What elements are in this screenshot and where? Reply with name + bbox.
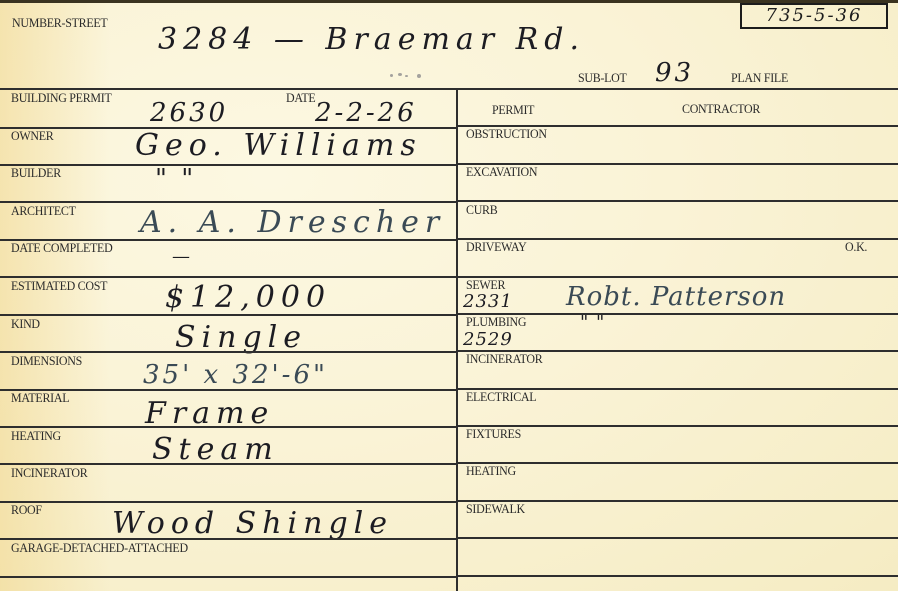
kind-label: KIND	[11, 316, 40, 332]
header-rule	[0, 88, 898, 90]
excavation-label: EXCAVATION	[466, 164, 537, 180]
obstruction-label: OBSTRUCTION	[466, 126, 547, 142]
plumbing-label: PLUMBING	[466, 314, 526, 330]
driveway-note: O.K.	[845, 239, 867, 255]
reference-number-box: 735-5-36	[740, 3, 888, 29]
architect-value: A. A. Drescher	[140, 205, 445, 240]
electrical-label: ELECTRICAL	[466, 389, 536, 405]
heating-label: HEATING	[11, 428, 61, 444]
heating-permit-label: HEATING	[466, 463, 516, 479]
sub-lot-label: SUB-LOT	[578, 70, 627, 86]
roof-value: Wood Shingle	[112, 506, 393, 541]
contractor-column-header: CONTRACTOR	[682, 101, 760, 117]
owner-label: OWNER	[11, 128, 53, 144]
number-street-value: 3284 — Braemar Rd.	[158, 22, 585, 57]
sewer-contractor: Robt. Patterson	[566, 282, 786, 312]
date-completed-label: DATE COMPLETED	[11, 240, 112, 256]
building-permit-card: 735-5-36 NUMBER-STREET 3284 — Braemar Rd…	[0, 0, 898, 591]
kind-value: Single	[175, 320, 307, 355]
garage-label: GARAGE-DETACHED-ATTACHED	[11, 540, 188, 556]
fixtures-label: FIXTURES	[466, 426, 521, 442]
sewer-permit: 2331	[463, 291, 513, 312]
estimated-cost-value: $12,000	[165, 280, 331, 315]
roof-label: ROOF	[11, 502, 42, 518]
building-permit-value: 2630	[150, 98, 228, 128]
dimensions-label: DIMENSIONS	[11, 353, 82, 369]
driveway-label: DRIVEWAY	[466, 239, 526, 255]
number-street-label: NUMBER-STREET	[12, 15, 107, 31]
incinerator-permit-label: INCINERATOR	[466, 351, 542, 367]
sidewalk-label: SIDEWALK	[466, 501, 525, 517]
plumbing-contractor: " "	[580, 312, 605, 333]
plan-file-label: PLAN FILE	[731, 70, 788, 86]
permit-column-header: PERMIT	[492, 102, 534, 118]
curb-label: CURB	[466, 202, 497, 218]
date-value: 2-2-26	[315, 98, 417, 128]
owner-value: Geo. Williams	[135, 128, 422, 163]
plumbing-permit: 2529	[463, 329, 513, 350]
builder-value: " "	[155, 164, 196, 194]
estimated-cost-label: ESTIMATED COST	[11, 278, 107, 294]
building-permit-label: BUILDING PERMIT	[11, 90, 112, 106]
date-completed-value: —	[172, 246, 191, 267]
material-label: MATERIAL	[11, 390, 69, 406]
sub-lot-value: 93	[655, 58, 694, 88]
dimensions-value: 35' x 32'-6"	[143, 360, 328, 390]
heating-value: Steam	[152, 432, 279, 467]
incinerator-label: INCINERATOR	[11, 465, 87, 481]
date-label: DATE	[286, 90, 315, 106]
architect-label: ARCHITECT	[11, 203, 76, 219]
builder-label: BUILDER	[11, 165, 61, 181]
